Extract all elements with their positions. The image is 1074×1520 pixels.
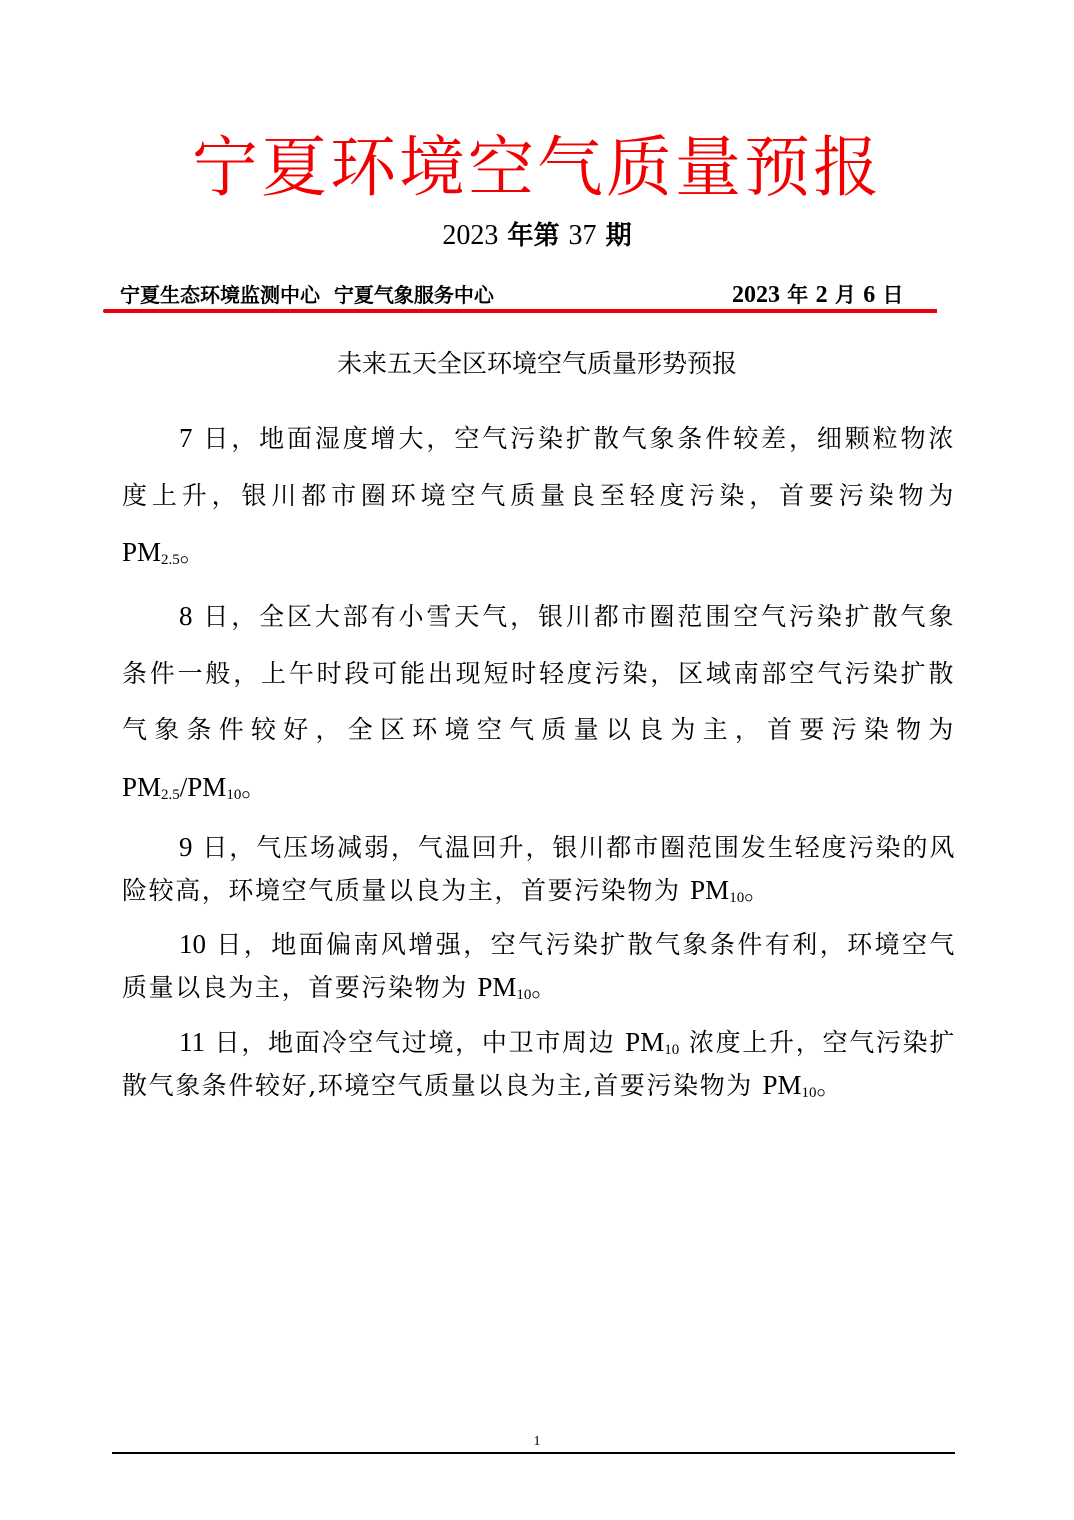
forecast-paragraph-day-8: 8 日，全区大部有小雪天气，银川都市圈范围空气污染扩散气象条件一般，上午时段可能… [122, 588, 956, 816]
date-month: 2 [816, 282, 828, 308]
masthead-title: 宁夏环境空气质量预报 [0, 128, 1074, 208]
document-page: 宁夏环境空气质量预报 2023 年第 37 期 宁夏生态环境监测中心 宁夏气象服… [0, 0, 1074, 1520]
forecast-text: 日，地面湿度增大，空气污染扩散气象条件较差，细颗粒物浓度上升，银川都市圈环境空气… [122, 424, 956, 510]
pollutant: PM [762, 1070, 801, 1100]
byline: 宁夏生态环境监测中心 宁夏气象服务中心 2023 年 2 月 6 日 [120, 280, 920, 310]
forecast-paragraph-day-11: 11 日，地面冷空气过境，中卫市周边 PM10 浓度上升，空气污染扩散气象条件较… [122, 1021, 956, 1107]
forecast-tail: 。 [180, 538, 208, 567]
masthead-red-rule [103, 309, 937, 313]
issue-date: 2023 年 2 月 6 日 [732, 280, 904, 310]
forecast-tail: 。 [531, 973, 558, 1002]
forecast-day: 8 [179, 601, 193, 631]
pollutant-subscript: 10 [801, 1085, 816, 1101]
pollutant-secondary-subscript: 10 [226, 787, 241, 803]
pollutant-subscript: 2.5 [161, 552, 180, 568]
forecast-day: 11 [179, 1027, 205, 1057]
pollutant-subscript: 2.5 [161, 787, 180, 803]
forecast-day: 7 [179, 423, 193, 453]
pollutant-inline: PM [625, 1027, 664, 1057]
date-day: 6 [863, 282, 875, 308]
forecast-tail: 。 [744, 876, 771, 905]
pollutant: PM [122, 537, 161, 567]
pollutant-subscript: 10 [516, 987, 531, 1003]
forecast-text: 日，气压场减弱，气温回升，银川都市圈范围发生轻度污染的风险较高，环境空气质量以良… [122, 833, 956, 905]
forecast-text: 日，地面冷空气过境，中卫市周边 [205, 1028, 625, 1057]
pollutant: PM [690, 875, 729, 905]
forecast-tail: 。 [241, 773, 269, 802]
issue-number: 2023 年第 37 期 [0, 216, 1074, 256]
forecast-day: 9 [179, 832, 193, 862]
issue-num: 37 [569, 220, 597, 251]
pollutant-subscript: 10 [729, 890, 744, 906]
issuing-agencies: 宁夏生态环境监测中心 宁夏气象服务中心 [120, 280, 494, 310]
forecast-day: 10 [179, 929, 206, 959]
section-title: 未来五天全区环境空气质量形势预报 [0, 344, 1074, 384]
forecast-tail: 。 [816, 1071, 843, 1100]
page-number: 1 [0, 1432, 1074, 1452]
issue-num-suffix: 期 [597, 221, 632, 251]
pollutant: PM [122, 772, 161, 802]
date-month-unit: 月 [828, 283, 864, 307]
issue-year: 2023 [442, 220, 498, 251]
pollutant: PM [477, 972, 516, 1002]
issue-year-suffix: 年第 [498, 221, 568, 251]
forecast-paragraph-day-9: 9 日，气压场减弱，气温回升，银川都市圈范围发生轻度污染的风险较高，环境空气质量… [122, 826, 956, 912]
footer-rule [112, 1452, 955, 1454]
pollutant-secondary: /PM [180, 772, 227, 802]
date-year-unit: 年 [780, 283, 816, 307]
date-day-unit: 日 [875, 283, 903, 307]
forecast-paragraph-day-10: 10 日，地面偏南风增强，空气污染扩散气象条件有利，环境空气质量以良为主，首要污… [122, 923, 956, 1009]
pollutant-inline-subscript: 10 [664, 1042, 679, 1058]
date-year: 2023 [732, 282, 780, 308]
forecast-paragraph-day-7: 7 日，地面湿度增大，空气污染扩散气象条件较差，细颗粒物浓度上升，银川都市圈环境… [122, 410, 956, 582]
forecast-text: 日，全区大部有小雪天气，银川都市圈范围空气污染扩散气象条件一般，上午时段可能出现… [122, 602, 956, 744]
